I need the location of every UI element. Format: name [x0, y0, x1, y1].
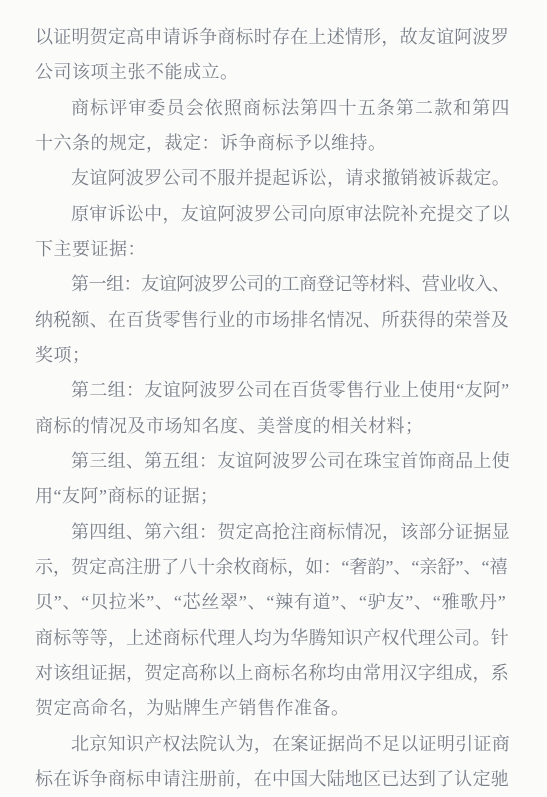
document-body: 以证明贺定高申请诉争商标时存在上述情形，故友谊阿波罗 公司该项主张不能成立。 商…: [35, 20, 522, 797]
text-line: 纳税额、在百货零售行业的市场排名情况、所获得的荣誉及: [35, 303, 522, 338]
text-line: 十六条的规定，裁定：诉争商标予以维持。: [35, 126, 522, 161]
text-line: 公司该项主张不能成立。: [35, 55, 522, 90]
text-line: 第二组：友谊阿波罗公司在百货零售行业上使用“友阿”: [35, 373, 522, 408]
text-line: 第四组、第六组：贺定高抢注商标情况，该部分证据显: [35, 515, 522, 550]
text-line: 用“友阿”商标的证据；: [35, 479, 522, 514]
text-line: 商标等等，上述商标代理人均为华腾知识产权代理公司。针: [35, 621, 522, 656]
text-line: 北京知识产权法院认为，在案证据尚不足以证明引证商: [35, 727, 522, 762]
text-line: 以证明贺定高申请诉争商标时存在上述情形，故友谊阿波罗: [35, 20, 522, 55]
text-line: 第三组、第五组：友谊阿波罗公司在珠宝首饰商品上使: [35, 444, 522, 479]
document-page: 以证明贺定高申请诉争商标时存在上述情形，故友谊阿波罗 公司该项主张不能成立。 商…: [0, 0, 547, 797]
text-line: 商标的情况及市场知名度、美誉度的相关材料；: [35, 409, 522, 444]
text-line: 标在诉争商标申请注册前，在中国大陆地区已达到了认定驰: [35, 762, 522, 797]
text-line: 商标评审委员会依照商标法第四十五条第二款和第四: [35, 91, 522, 126]
text-line: 原审诉讼中，友谊阿波罗公司向原审法院补充提交了以: [35, 197, 522, 232]
text-line: 下主要证据：: [35, 232, 522, 267]
text-line: 示，贺定高注册了八十余枚商标，如：“奢韵”、“亲舒”、“禧: [35, 550, 522, 585]
text-line: 奖项；: [35, 338, 522, 373]
text-line: 第一组：友谊阿波罗公司的工商登记等材料、营业收入、: [35, 267, 522, 302]
text-line: 贝”、“贝拉米”、“芯丝翠”、“辣有道”、“驴友”、“雅歌丹”: [35, 585, 522, 620]
text-line: 对该组证据，贺定高称以上商标名称均由常用汉字组成，系: [35, 656, 522, 691]
text-line: 贺定高命名，为贴牌生产销售作准备。: [35, 691, 522, 726]
text-line: 友谊阿波罗公司不服并提起诉讼，请求撤销被诉裁定。: [35, 161, 522, 196]
